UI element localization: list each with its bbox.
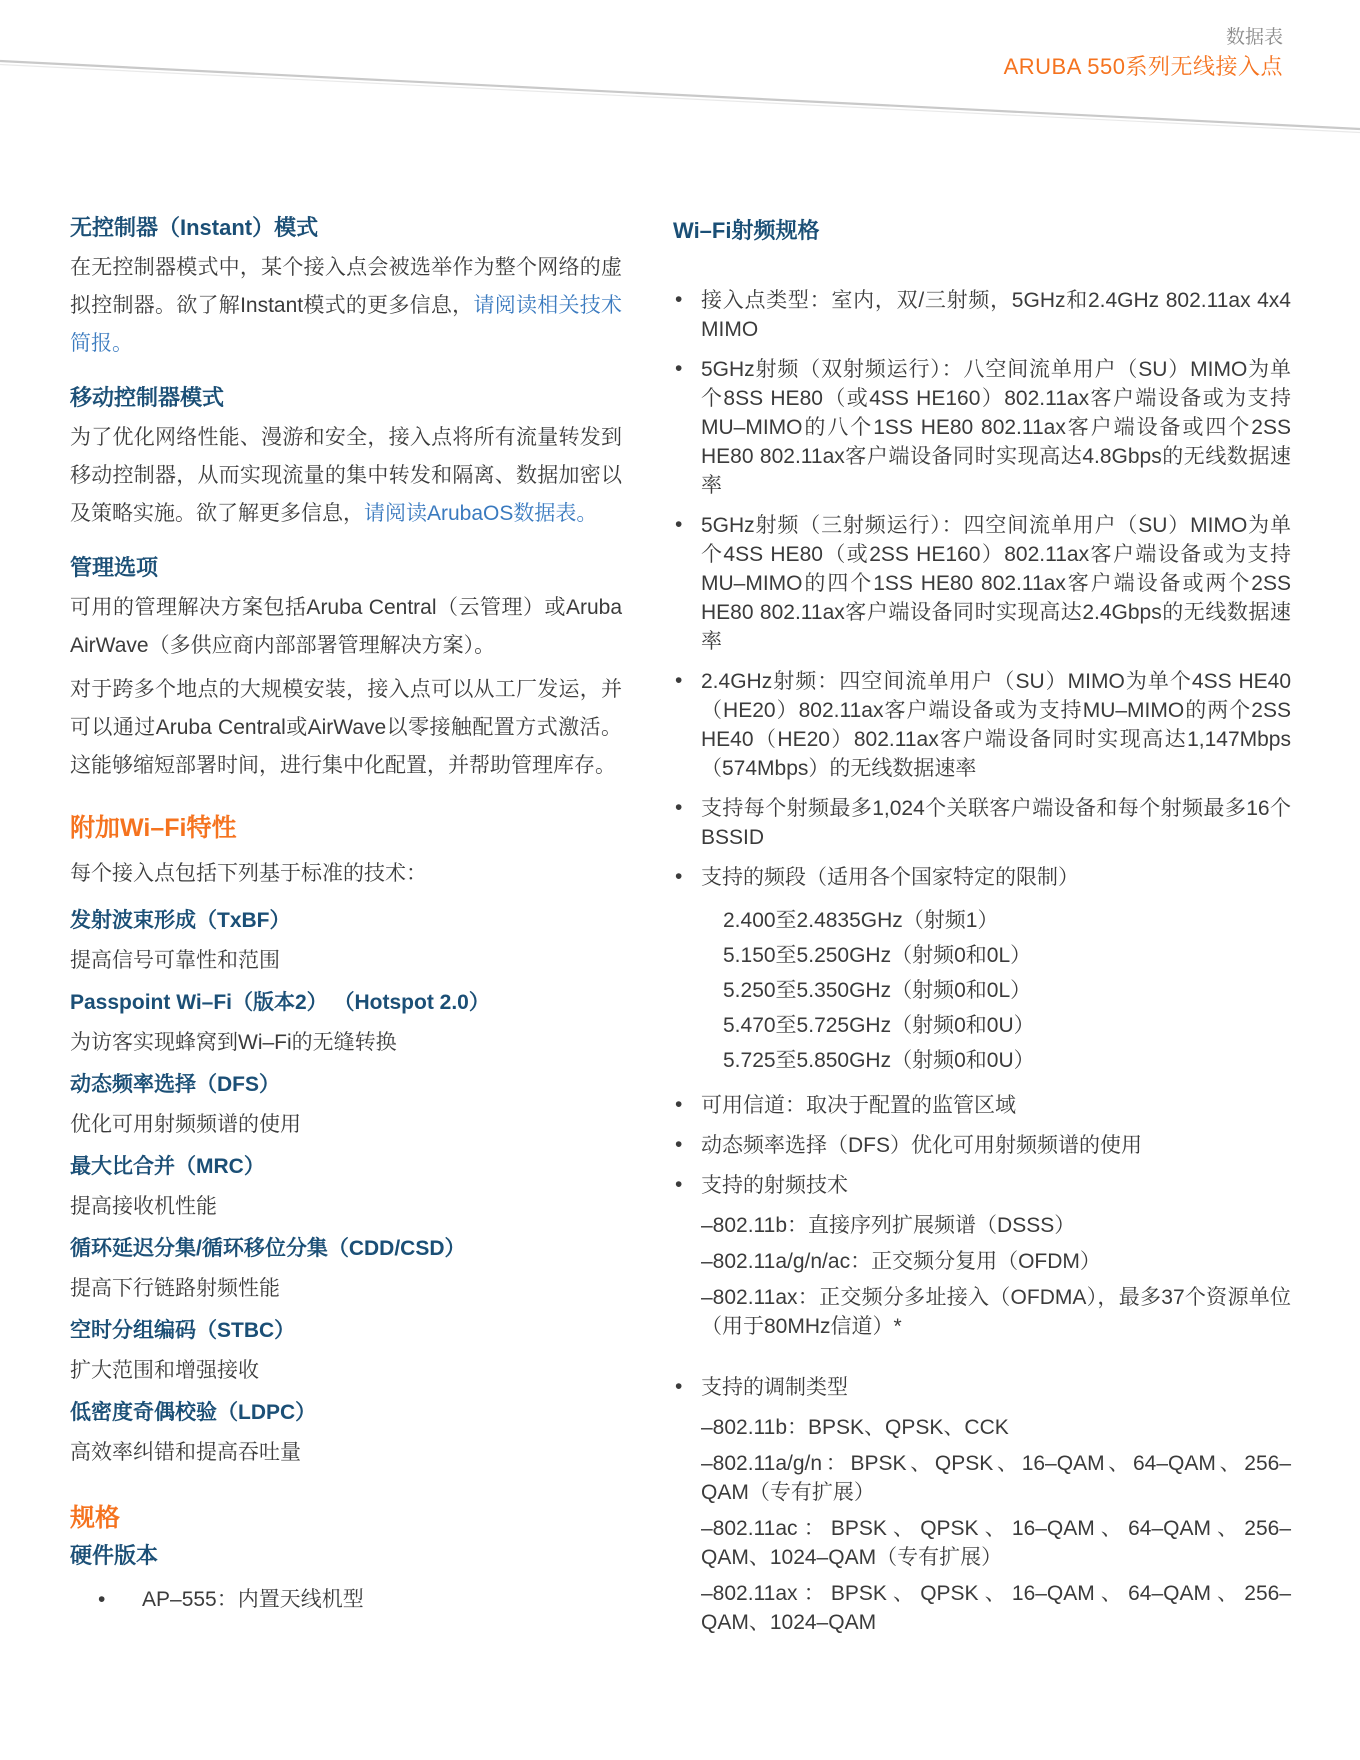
paragraph-instant-mode: 在无控制器模式中，某个接入点会被选举作为整个网络的虚拟控制器。欲了解Instan… [70,249,622,363]
heading-specifications: 规格 [70,1501,622,1535]
right-column: Wi–Fi射频规格 接入点类型：室内，双/三射频，5GHz和2.4GHz 802… [673,213,1291,1648]
heading-mobility-controller-mode: 移动控制器模式 [70,383,622,413]
radio-spec-item: 5GHz射频（三射频运行）：四空间流单用户（SU）MIMO为单个4SS HE80… [673,511,1291,656]
feature-name-mrc: 最大比合并（MRC） [70,1153,622,1181]
modulation-type-item: –802.11b：BPSK、QPSK、CCK [673,1413,1291,1442]
radio-spec-item: 动态频率选择（DFS）优化可用射频频谱的使用 [673,1131,1291,1160]
modulation-type-list: –802.11b：BPSK、QPSK、CCK –802.11a/g/n：BPSK… [673,1413,1291,1637]
heading-instant-mode: 无控制器（Instant）模式 [70,213,622,243]
frequency-band-item: 5.250至5.350GHz（射频0和0L） [673,973,1291,1008]
feature-desc-txbf: 提高信号可靠性和范围 [70,947,622,975]
radio-spec-item: 支持的频段（适用各个国家特定的限制） [673,863,1291,892]
radio-spec-item: 可用信道：取决于配置的监管区域 [673,1091,1291,1120]
paragraph-management-1: 可用的管理解决方案包括Aruba Central（云管理）或Aruba AirW… [70,589,622,665]
feature-desc-ldpc: 高效率纠错和提高吞吐量 [70,1439,622,1467]
feature-name-stbc: 空时分组编码（STBC） [70,1317,622,1345]
frequency-band-item: 2.400至2.4835GHz（射频1） [673,903,1291,938]
radio-tech-item: –802.11b：直接序列扩展频谱（DSSS） [673,1211,1291,1240]
heading-management-options: 管理选项 [70,553,622,583]
radio-spec-item: 支持每个射频最多1,024个关联客户端设备和每个射频最多16个BSSID [673,794,1291,852]
feature-name-dfs: 动态频率选择（DFS） [70,1071,622,1099]
hardware-variant-item: AP–555：内置天线机型 [70,1585,622,1615]
frequency-band-item: 5.150至5.250GHz（射频0和0L） [673,938,1291,973]
datasheet-page: 数据表 ARUBA 550系列无线接入点 无控制器（Instant）模式 在无控… [0,0,1360,1760]
page-header: 数据表 ARUBA 550系列无线接入点 [1004,24,1283,81]
product-title: ARUBA 550系列无线接入点 [1004,52,1283,81]
doc-type-label: 数据表 [1004,24,1283,52]
feature-name-cdd-csd: 循环延迟分集/循环移位分集（CDD/CSD） [70,1235,622,1263]
radio-spec-item: 支持的射频技术 [673,1171,1291,1200]
frequency-band-list: 2.400至2.4835GHz（射频1） 5.150至5.250GHz（射频0和… [673,903,1291,1078]
frequency-band-item: 5.725至5.850GHz（射频0和0U） [673,1043,1291,1078]
radio-spec-item: 2.4GHz射频：四空间流单用户（SU）MIMO为单个4SS HE40（HE20… [673,667,1291,783]
modulation-type-item: –802.11ax：BPSK、QPSK、16–QAM、64–QAM、256–QA… [673,1579,1291,1637]
radio-spec-item: 5GHz射频（双射频运行）：八空间流单用户（SU）MIMO为单个8SS HE80… [673,355,1291,500]
frequency-band-item: 5.470至5.725GHz（射频0和0U） [673,1008,1291,1043]
radio-tech-item: –802.11ax：正交频分多址接入（OFDMA），最多37个资源单位（用于80… [673,1283,1291,1341]
radio-spec-item: 接入点类型：室内，双/三射频，5GHz和2.4GHz 802.11ax 4x4 … [673,286,1291,344]
feature-name-passpoint: Passpoint Wi–Fi（版本2） （Hotspot 2.0） [70,989,622,1017]
paragraph-management-2: 对于跨多个地点的大规模安装，接入点可以从工厂发运，并可以通过Aruba Cent… [70,671,622,785]
radio-spec-item: 支持的调制类型 [673,1373,1291,1402]
arubaos-datasheet-link[interactable]: 请阅读ArubaOS数据表。 [364,502,597,525]
heading-additional-wifi-features: 附加Wi–Fi特性 [70,811,622,845]
radio-tech-list: –802.11b：直接序列扩展频谱（DSSS） –802.11a/g/n/ac：… [673,1211,1291,1341]
feature-desc-mrc: 提高接收机性能 [70,1193,622,1221]
feature-desc-dfs: 优化可用射频频谱的使用 [70,1111,622,1139]
feature-desc-stbc: 扩大范围和增强接收 [70,1357,622,1385]
feature-desc-passpoint: 为访客实现蜂窝到Wi–Fi的无缝转换 [70,1029,622,1057]
heading-wifi-radio-specs: Wi–Fi射频规格 [673,216,1291,246]
feature-name-txbf: 发射波束形成（TxBF） [70,907,622,935]
left-column: 无控制器（Instant）模式 在无控制器模式中，某个接入点会被选举作为整个网络… [70,213,622,1615]
radio-tech-item: –802.11a/g/n/ac：正交频分复用（OFDM） [673,1247,1291,1276]
modulation-type-item: –802.11ac：BPSK、QPSK、16–QAM、64–QAM、256–QA… [673,1514,1291,1572]
feature-desc-cdd-csd: 提高下行链路射频性能 [70,1275,622,1303]
heading-hardware-variants: 硬件版本 [70,1541,622,1571]
feature-name-ldpc: 低密度奇偶校验（LDPC） [70,1399,622,1427]
wifi-features-intro: 每个接入点包括下列基于标准的技术： [70,855,622,893]
paragraph-mobility-controller: 为了优化网络性能、漫游和安全，接入点将所有流量转发到移动控制器，从而实现流量的集… [70,419,622,533]
content-columns: 无控制器（Instant）模式 在无控制器模式中，某个接入点会被选举作为整个网络… [70,213,1291,1648]
modulation-type-item: –802.11a/g/n：BPSK、QPSK、16–QAM、64–QAM、256… [673,1449,1291,1507]
